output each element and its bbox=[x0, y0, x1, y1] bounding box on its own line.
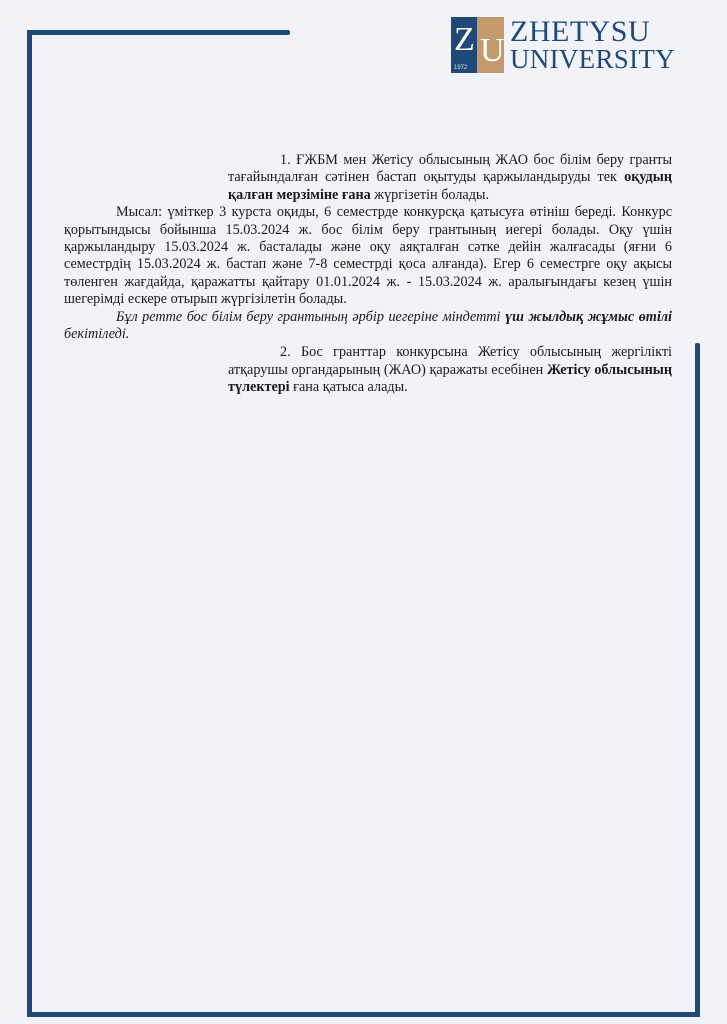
obligation-text: Бұл ретте бос білім беру грантының әрбір… bbox=[116, 309, 505, 325]
frame-right-border bbox=[695, 343, 700, 1017]
document-body: 1. ҒЖБМ мен Жетісу облысының ЖАО бос біл… bbox=[64, 152, 672, 397]
frame-left-border bbox=[27, 30, 32, 1017]
logo-u-block: U bbox=[477, 17, 504, 73]
logo-mark: Z 1972 U bbox=[451, 17, 504, 73]
logo-u-letter: U bbox=[480, 34, 505, 68]
item-2-text-end: ғана қатыса алады. bbox=[290, 379, 408, 395]
logo-z-letter: Z bbox=[454, 23, 475, 57]
university-logo: Z 1972 U ZHETYSU UNIVERSITY bbox=[451, 17, 675, 73]
logo-wordmark: ZHETYSU UNIVERSITY bbox=[510, 17, 675, 73]
logo-z-block: Z 1972 bbox=[451, 17, 477, 73]
item-1-text: 1. ҒЖБМ мен Жетісу облысының ЖАО бос біл… bbox=[228, 152, 672, 185]
frame-bottom-border bbox=[27, 1012, 700, 1017]
obligation-paragraph: Бұл ретте бос білім беру грантының әрбір… bbox=[64, 309, 672, 344]
logo-line2: UNIVERSITY bbox=[510, 46, 675, 72]
obligation-bold: үш жылдық жұмыс өтілі bbox=[505, 309, 672, 325]
item-2: 2. Бос гранттар конкурсына Жетісу облысы… bbox=[228, 344, 672, 396]
obligation-text-end: бекітіледі. bbox=[64, 326, 129, 342]
item-1-text-end: жүргізетін болады. bbox=[371, 187, 489, 203]
logo-line1: ZHETYSU bbox=[510, 18, 675, 46]
item-1: 1. ҒЖБМ мен Жетісу облысының ЖАО бос біл… bbox=[228, 152, 672, 204]
logo-year: 1972 bbox=[454, 65, 467, 71]
example-paragraph: Мысал: үміткер 3 курста оқиды, 6 семестр… bbox=[64, 204, 672, 308]
frame-top-border bbox=[27, 30, 290, 35]
